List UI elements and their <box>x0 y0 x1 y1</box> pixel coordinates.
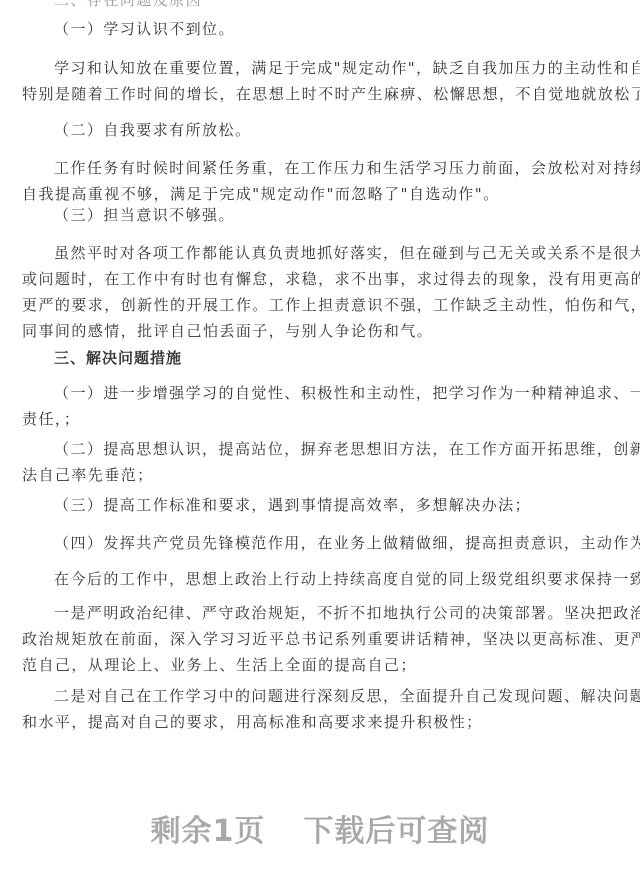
remaining-pages-label: 剩余1页 <box>151 806 266 850</box>
paragraph: （三）提高工作标准和要求，遇到事情提高效率，多想解决办法； <box>22 492 620 518</box>
paragraph-line: 范自己，从理论上、业务上、生活上全面的提高自己； <box>22 652 620 678</box>
paragraph-line: 政治规矩放在前面，深入学习习近平总书记系列重要讲话精神，坚决以更高标准、更严要求… <box>22 626 620 652</box>
section-heading: 三、解决问题措施 <box>54 348 182 368</box>
paragraph-line: （二）提高思想认识，提高站位，摒弃老思想旧方法，在工作方面开拓思维，创新工作方 <box>22 436 620 462</box>
paragraph-line: 学习和认知放在重要位置，满足于完成"规定动作"，缺乏自我加压力的主动性和自觉性。 <box>22 55 620 81</box>
paragraph: 学习和认知放在重要位置，满足于完成"规定动作"，缺乏自我加压力的主动性和自觉性。… <box>22 55 620 107</box>
paragraph-line: （一）进一步增强学习的自觉性、积极性和主动性，把学习作为一种精神追求、一种政治 <box>22 380 620 406</box>
paragraph: 在今后的工作中，思想上政治上行动上持续高度自觉的同上级党组织要求保持一致， <box>22 566 620 592</box>
cut-off-heading: 二、存在问题及原因 <box>54 0 202 10</box>
paragraph: 一是严明政治纪律、严守政治规矩，不折不扣地执行公司的决策部署。坚决把政治纪律和政… <box>22 600 620 678</box>
paragraph-line: 特别是随着工作时间的增长，在思想上时不时产生麻痹、松懈思想，不自觉地就放松了自己… <box>22 81 620 107</box>
paragraph-line: 自我提高重视不够，满足于完成"规定动作"而忽略了"自选动作"。 <box>22 181 620 207</box>
paragraph: 虽然平时对各项工作都能认真负责地抓好落实，但在碰到与己无关或关系不是很大的事情或… <box>22 240 620 344</box>
paragraph-line: 在今后的工作中，思想上政治上行动上持续高度自觉的同上级党组织要求保持一致， <box>22 566 620 592</box>
paragraph-line: 一是严明政治纪律、严守政治规矩，不折不扣地执行公司的决策部署。坚决把政治纪律和 <box>22 600 620 626</box>
paragraph: 工作任务有时候时间紧任务重，在工作压力和生活学习压力前面，会放松对对持续不断地自… <box>22 155 620 207</box>
subsection-heading: （一）学习认识不到位。 <box>54 19 235 39</box>
download-to-view-label: 下载后可查阅 <box>303 806 489 850</box>
paragraph-line: 或问题时，在工作中有时也有懈怠，求稳，求不出事，求过得去的现象，没有用更高的标准… <box>22 266 620 292</box>
paragraph: 二是对自己在工作学习中的问题进行深刻反思，全面提升自己发现问题、解决问题的能力和… <box>22 683 620 735</box>
paragraph-line: 同事间的感情，批评自己怕丢面子，与别人争论伤和气。 <box>22 318 620 344</box>
paragraph: （四）发挥共产党员先锋模范作用，在业务上做精做细，提高担责意识，主动作为。 <box>22 530 620 556</box>
paragraph-line: 法自己率先垂范； <box>22 462 620 488</box>
paragraph-line: 工作任务有时候时间紧任务重，在工作压力和生活学习压力前面，会放松对对持续不断地 <box>22 155 620 181</box>
paragraph: （一）进一步增强学习的自觉性、积极性和主动性，把学习作为一种精神追求、一种政治责… <box>22 380 620 432</box>
download-to-view-banner[interactable]: 剩余1页下载后可查阅 <box>0 806 640 850</box>
subsection-heading: （三）担当意识不够强。 <box>54 205 235 225</box>
paragraph: （二）提高思想认识，提高站位，摒弃老思想旧方法，在工作方面开拓思维，创新工作方法… <box>22 436 620 488</box>
paragraph-line: 更严的要求，创新性的开展工作。工作上担责意识不强，工作缺乏主动性，怕伤和气，怕影… <box>22 292 620 318</box>
paragraph-line: 责任，； <box>22 406 620 432</box>
paragraph-line: 二是对自己在工作学习中的问题进行深刻反思，全面提升自己发现问题、解决问题的能力 <box>22 683 620 709</box>
subsection-heading: （二）自我要求有所放松。 <box>54 120 251 140</box>
paragraph-line: （四）发挥共产党员先锋模范作用，在业务上做精做细，提高担责意识，主动作为。 <box>22 530 620 556</box>
paragraph-line: 和水平，提高对自己的要求，用高标准和高要求来提升积极性； <box>22 709 620 735</box>
paragraph-line: 虽然平时对各项工作都能认真负责地抓好落实，但在碰到与己无关或关系不是很大的事情 <box>22 240 620 266</box>
paragraph-line: （三）提高工作标准和要求，遇到事情提高效率，多想解决办法； <box>22 492 620 518</box>
